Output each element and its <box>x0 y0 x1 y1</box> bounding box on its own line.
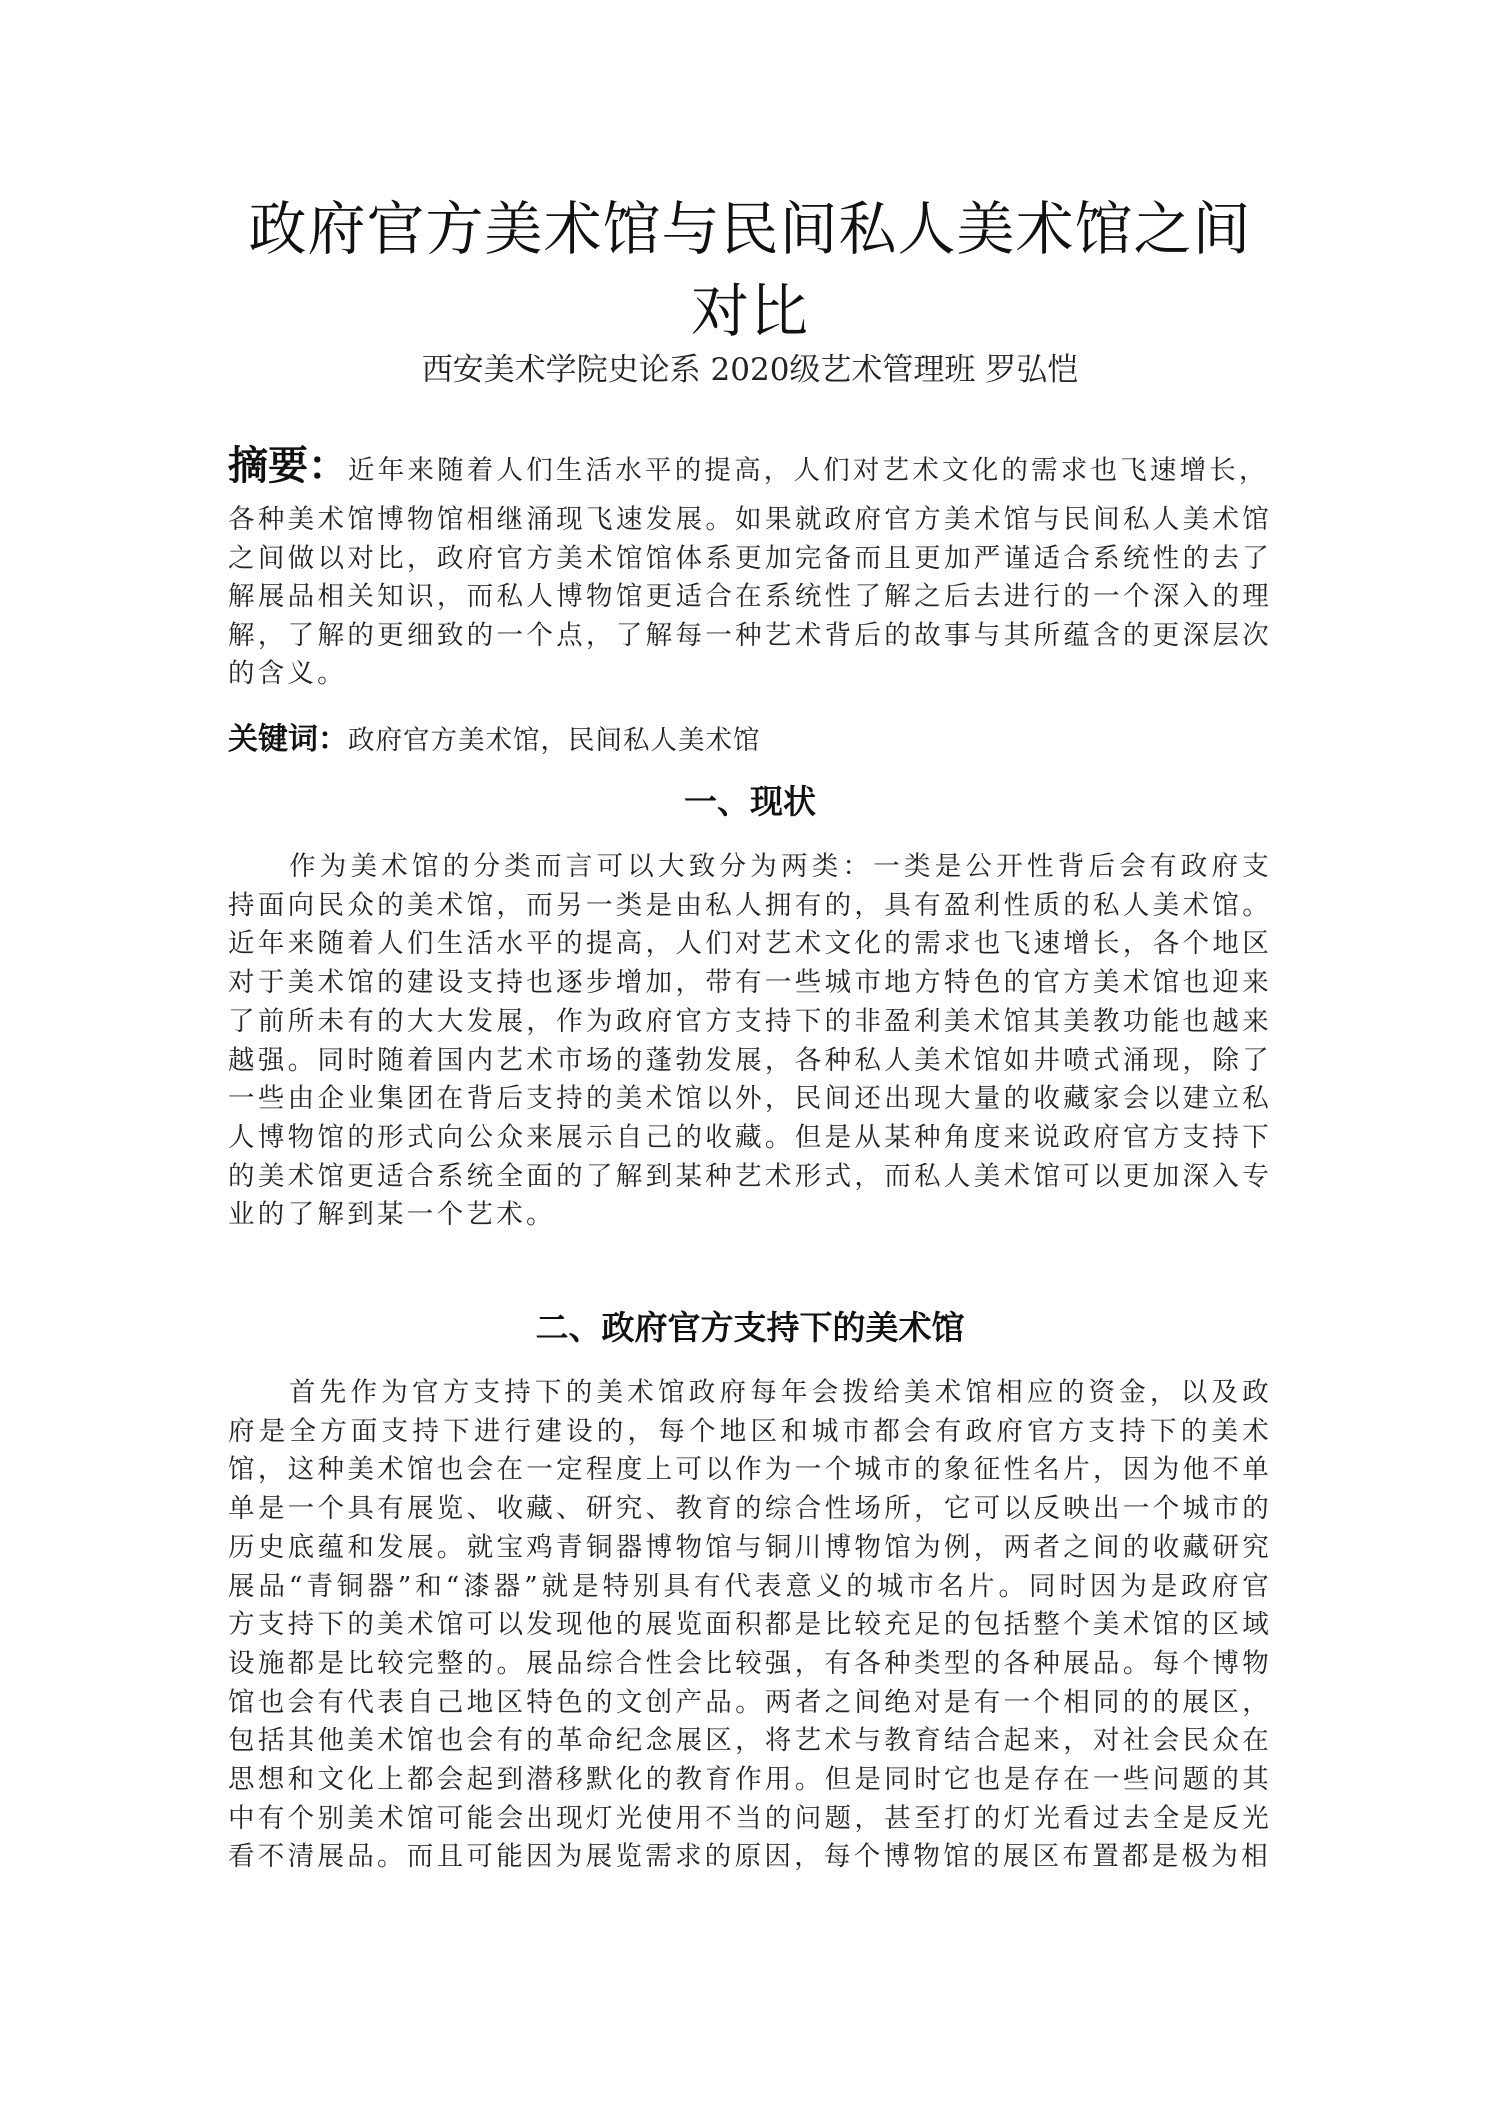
abstract: 摘要：近年来随着人们生活水平的提高，人们对艺术文化的需求也飞速增长，各种美术馆博… <box>228 440 1272 694</box>
abstract-label: 摘要： <box>228 443 348 489</box>
keywords: 关键词：政府官方美术馆，民间私人美术馆 <box>228 720 1272 761</box>
author-line: 西安美术学院史论系 2020级艺术管理班 罗弘恺 <box>228 350 1272 390</box>
keywords-label: 关键词： <box>228 722 348 757</box>
title-line-1: 政府官方美术馆与民间私人美术馆之间 <box>248 195 1251 263</box>
abstract-first-text: 近年来随着人们生活水平的提高，人们对艺术文化的需求也飞速增长， <box>348 455 1269 486</box>
section-heading-government-museums: 二、政府官方支持下的美术馆 <box>228 1306 1272 1350</box>
section-heading-status: 一、现状 <box>228 780 1272 824</box>
abstract-body: 各种美术馆博物馆相继涌现飞速发展。如果就政府官方美术馆与民间私人美术馆之间做以对… <box>228 504 1272 689</box>
section-1-paragraph: 作为美术馆的分类而言可以大致分为两类：一类是公开性背后会有政府支持面向民众的美术… <box>228 848 1272 1235</box>
keywords-text: 政府官方美术馆，民间私人美术馆 <box>348 725 761 756</box>
abstract-first-line: 摘要：近年来随着人们生活水平的提高，人们对艺术文化的需求也飞速增长， <box>228 440 1272 497</box>
title-line-2: 对比 <box>691 277 809 345</box>
section-2-paragraph: 首先作为官方支持下的美术馆政府每年会拨给美术馆相应的资金，以及政府是全方面支持下… <box>228 1374 1272 1877</box>
document-title: 政府官方美术馆与民间私人美术馆之间 对比 <box>228 188 1272 352</box>
